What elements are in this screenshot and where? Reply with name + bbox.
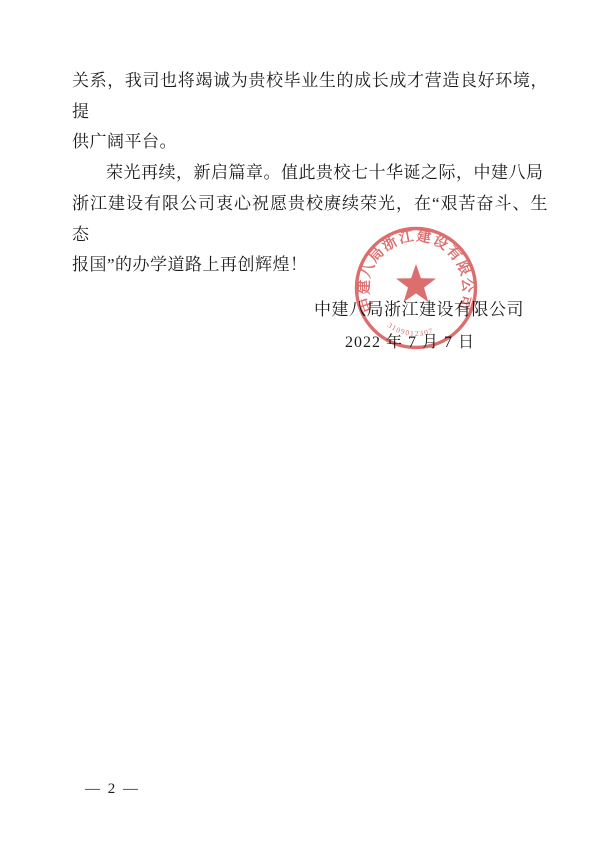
body-line: 荣光再续，新启篇章。值此贵校七十华诞之际，中建八局	[72, 158, 548, 189]
svg-text:3109012307: 3109012307	[386, 321, 435, 338]
page-number: — 2 —	[85, 781, 140, 798]
red-star-icon	[396, 264, 436, 302]
body-line: 关系，我司也将竭诚为贵校毕业生的成长成才营造良好环境，提	[72, 66, 548, 127]
document-page: 关系，我司也将竭诚为贵校毕业生的成长成才营造良好环境，提 供广阔平台。 荣光再续…	[0, 0, 611, 862]
company-seal-stamp: 中建八局浙江建设有限公司 3109012307	[346, 218, 486, 358]
seal-serial-number: 3109012307	[386, 321, 435, 338]
body-line: 供广阔平台。	[72, 127, 548, 158]
